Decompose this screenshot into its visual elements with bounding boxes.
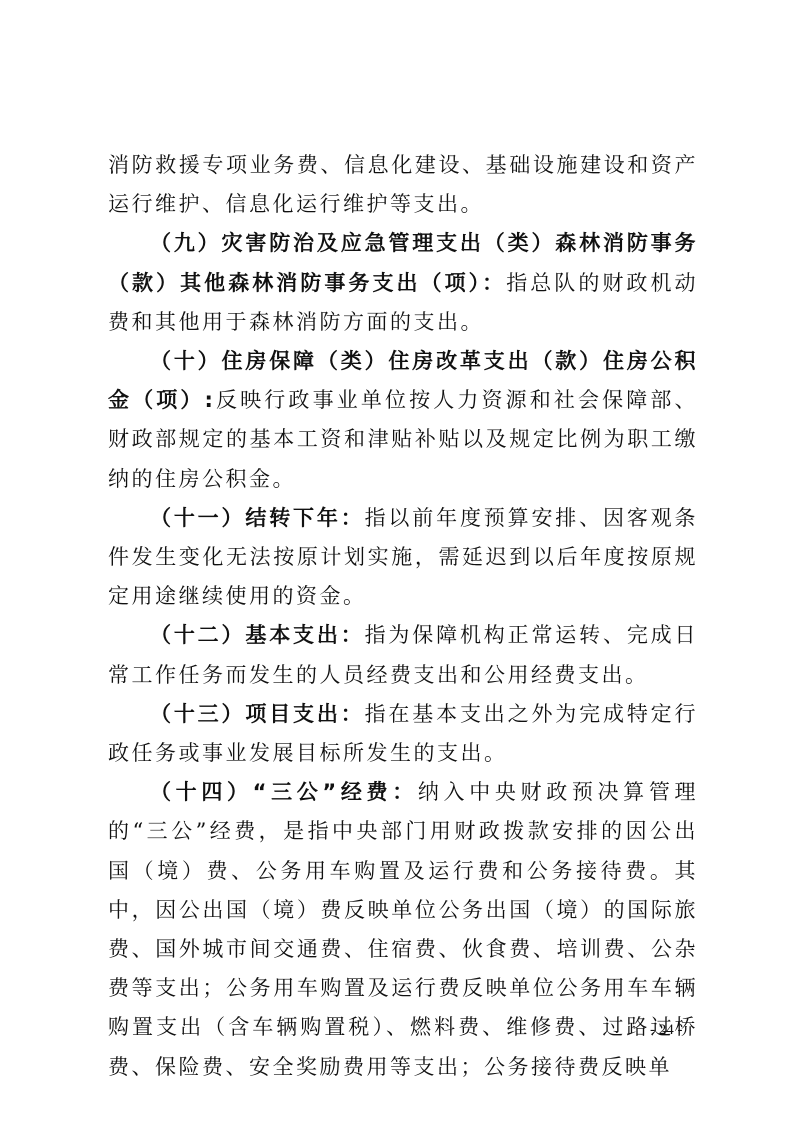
- paragraph-three-public-expenses: （十四）“三公”经费：纳入中央财政预决算管理的“三公”经费，是指中央部门用财政拨…: [108, 773, 698, 1087]
- paragraph-heading: （十三）项目支出：: [150, 702, 365, 726]
- document-page: 消防救援专项业务费、信息化建设、基础设施建设和资产运行维护、信息化运行维护等支出…: [0, 0, 793, 1122]
- paragraph-heading: （十一）结转下年：: [150, 506, 365, 530]
- paragraph-housing-fund: （十）住房保障（类）住房改革支出（款）住房公积金（项）:反映行政事业单位按人力资…: [108, 342, 698, 499]
- paragraph-heading: （十四）“三公”经费：: [150, 780, 418, 804]
- document-body: 消防救援专项业务费、信息化建设、基础设施建设和资产运行维护、信息化运行维护等支出…: [108, 146, 698, 1087]
- page-number: - 24 -: [650, 1022, 683, 1039]
- paragraph-text: 消防救援专项业务费、信息化建设、基础设施建设和资产运行维护、信息化运行维护等支出…: [108, 153, 698, 216]
- paragraph-disaster-prevention: （九）灾害防治及应急管理支出（类）森林消防事务（款）其他森林消防事务支出（项）：…: [108, 224, 698, 342]
- paragraph-text: 纳入中央财政预决算管理的“三公”经费，是指中央部门用财政拨款安排的因公出国（境）…: [108, 780, 698, 1078]
- paragraph-continuation: 消防救援专项业务费、信息化建设、基础设施建设和资产运行维护、信息化运行维护等支出…: [108, 146, 698, 224]
- paragraph-project-expenditure: （十三）项目支出：指在基本支出之外为完成特定行政任务或事业发展目标所发生的支出。: [108, 695, 698, 773]
- paragraph-basic-expenditure: （十二）基本支出：指为保障机构正常运转、完成日常工作任务而发生的人员经费支出和公…: [108, 616, 698, 694]
- paragraph-carryover: （十一）结转下年：指以前年度预算安排、因客观条件发生变化无法按原计划实施，需延迟…: [108, 499, 698, 617]
- paragraph-heading: （十二）基本支出：: [150, 623, 365, 647]
